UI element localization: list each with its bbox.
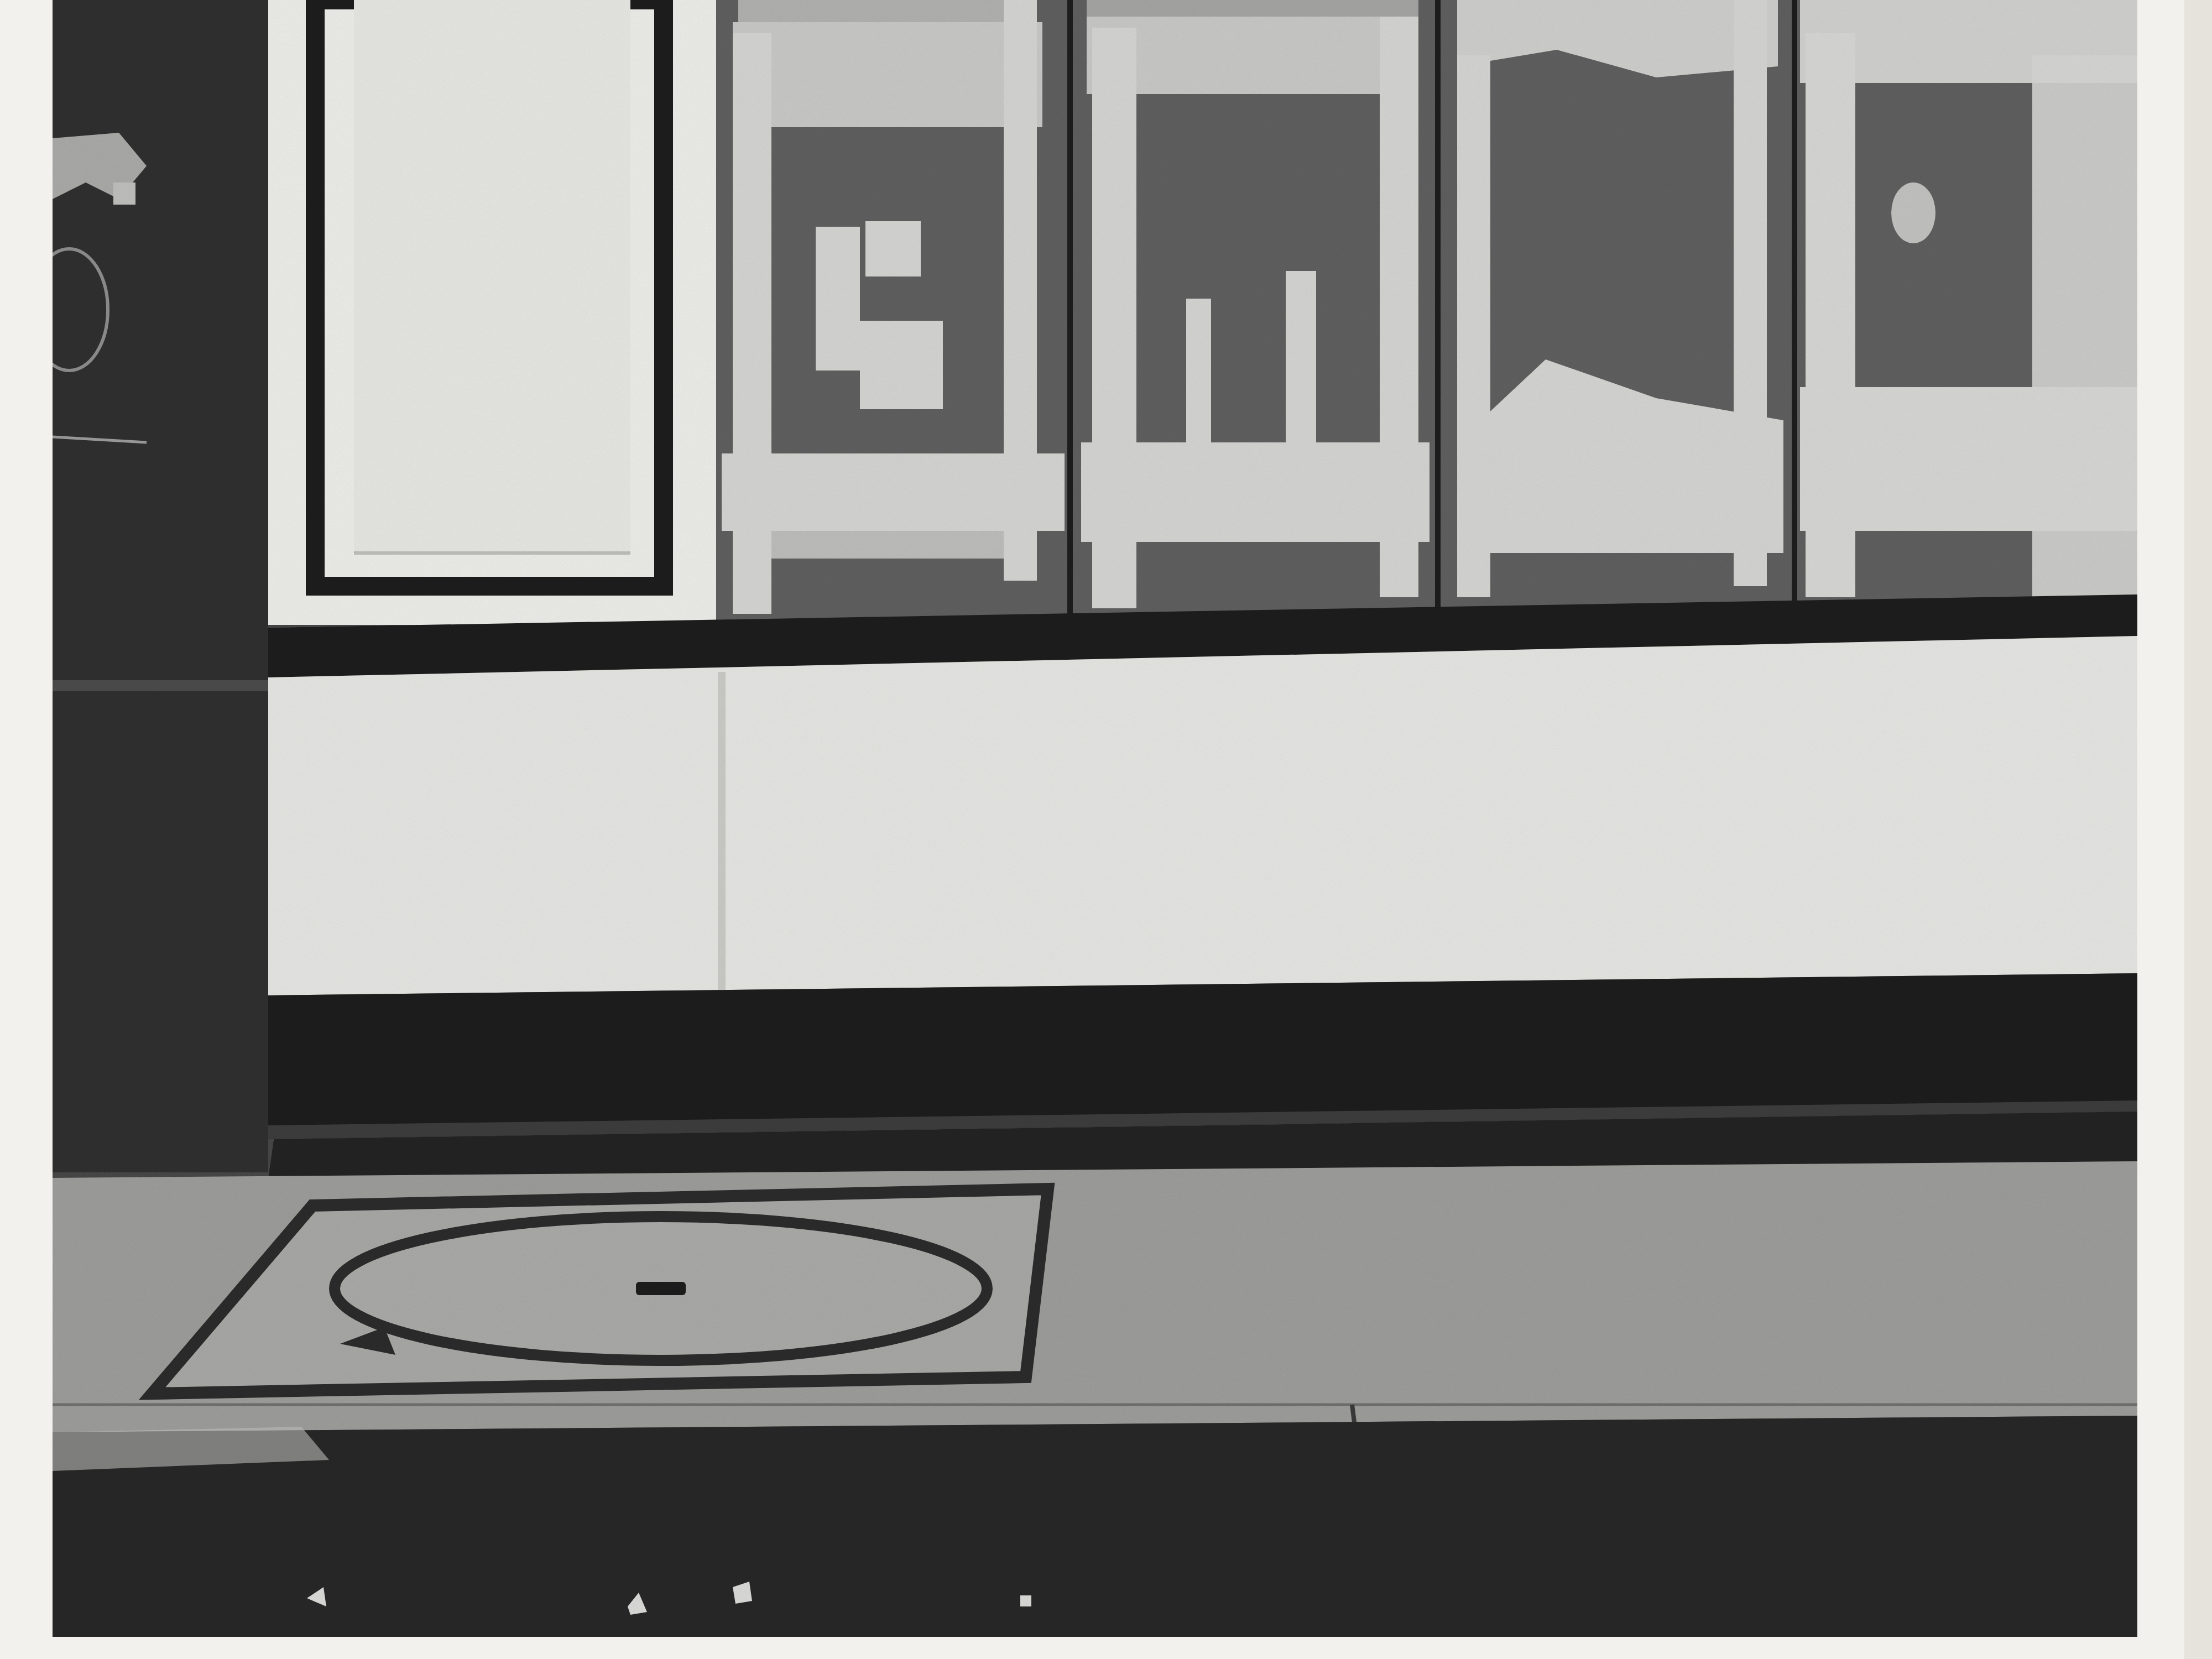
book-gutter-edge [2184, 0, 2212, 1659]
gutter [53, 1416, 2137, 1637]
photo-canvas [53, 0, 2137, 1637]
book-page [0, 0, 2212, 1659]
plinth [268, 636, 2137, 995]
storefront-photograph [53, 0, 2137, 1637]
